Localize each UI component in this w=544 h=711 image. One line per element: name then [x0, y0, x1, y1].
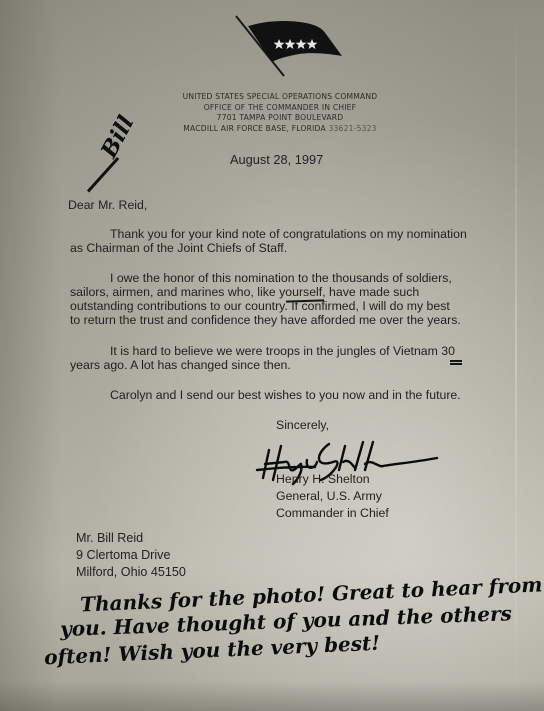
paragraph-line: Carolyn and I send our best wishes to yo… — [110, 388, 461, 402]
closing: Sincerely, — [276, 418, 329, 432]
shadow-bottom — [0, 681, 544, 711]
handwritten-underline-30-second — [450, 363, 462, 365]
paragraph-line: sailors, airmen, and marines who, like y… — [70, 285, 419, 299]
letterhead-line: UNITED STATES SPECIAL OPERATIONS COMMAND — [160, 92, 400, 103]
recipient-name: Mr. Bill Reid — [76, 531, 143, 545]
letterhead: UNITED STATES SPECIAL OPERATIONS COMMAND… — [160, 92, 400, 134]
letterhead-city: MACDILL AIR FORCE BASE, FLORIDA — [183, 124, 326, 133]
recipient-city: Milford, Ohio 45150 — [76, 565, 186, 579]
signer-position: Commander in Chief — [276, 506, 389, 520]
signer-name: Henry H. Shelton — [276, 472, 370, 486]
letterhead-line: OFFICE OF THE COMMANDER IN CHIEF — [160, 103, 400, 114]
paragraph-line: It is hard to believe we were troops in … — [110, 344, 455, 358]
four-star-flag-icon — [234, 14, 344, 84]
handwritten-postscript: Thanks for the photo! Great to hear from… — [38, 582, 518, 660]
paragraph-line: I owe the honor of this nomination to th… — [110, 271, 452, 285]
paragraph-line: years ago. A lot has changed since then. — [70, 358, 291, 372]
handwritten-underline-30 — [450, 360, 462, 362]
paragraph-line: as Chairman of the Joint Chiefs of Staff… — [70, 241, 287, 255]
signer-title: General, U.S. Army — [276, 489, 382, 503]
letter-date: August 28, 1997 — [230, 153, 323, 167]
recipient-street: 9 Clertoma Drive — [76, 548, 170, 562]
salutation: Dear Mr. Reid, — [68, 198, 147, 212]
letterhead-zip: 33621-5323 — [328, 124, 376, 133]
letterhead-line: MACDILL AIR FORCE BASE, FLORIDA 33621-53… — [160, 124, 400, 135]
paragraph-line: to return the trust and confidence they … — [70, 313, 461, 327]
letterhead-line: 7701 TAMPA POINT BOULEVARD — [160, 113, 400, 124]
paragraph-line: Thank you for your kind note of congratu… — [110, 227, 467, 241]
paragraph-line: outstanding contributions to our country… — [70, 299, 450, 313]
